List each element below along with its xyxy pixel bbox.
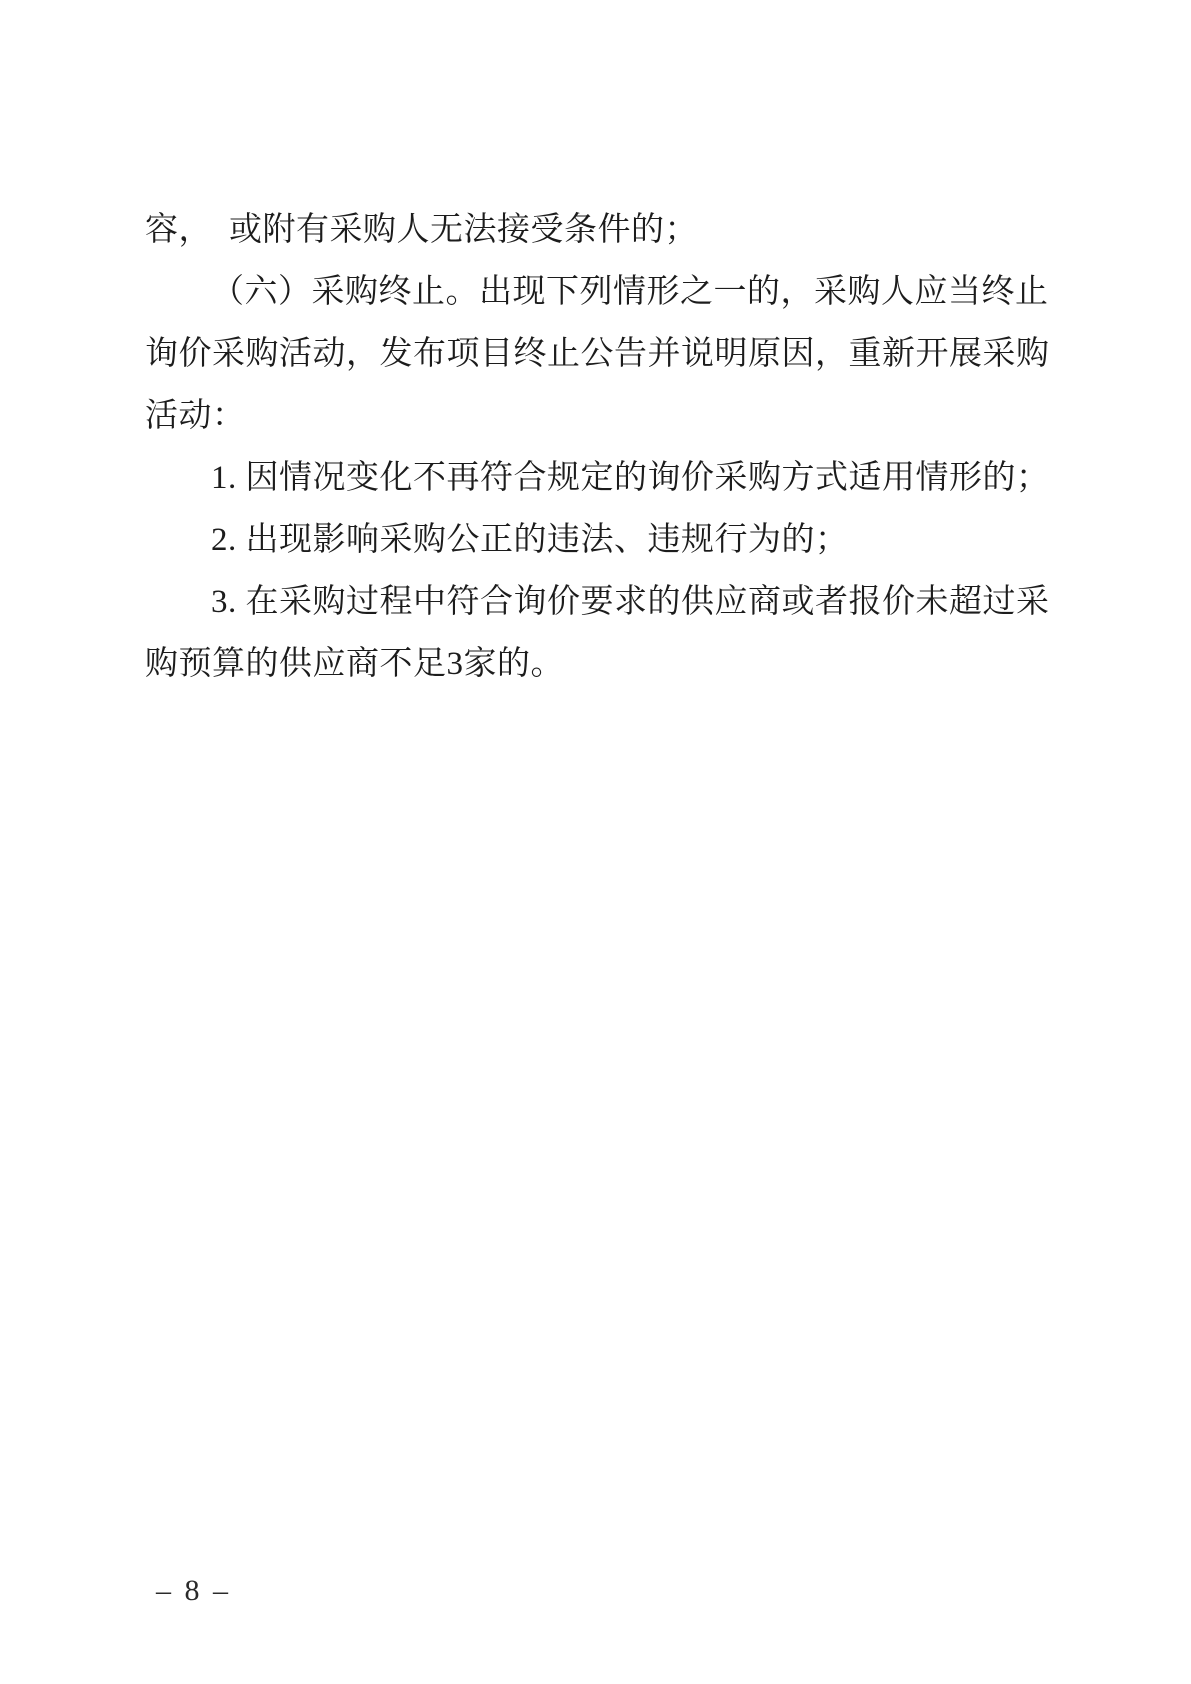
page-number: – 8 – [156, 1573, 231, 1609]
text-line: 活动： [145, 385, 1047, 447]
text-line: 购预算的供应商不足3家的。 [145, 633, 1047, 695]
text-line: 2. 出现影响采购公正的违法、违规行为的； [145, 509, 1047, 571]
body-text: 容， 或附有采购人无法接受条件的； （六）采购终止。出现下列情形之一的，采购人应… [145, 199, 1047, 695]
text-line: 3. 在采购过程中符合询价要求的供应商或者报价未超过采 [145, 571, 1047, 633]
text-line: 容， 或附有采购人无法接受条件的； [145, 199, 1047, 261]
document-page: 容， 或附有采购人无法接受条件的； （六）采购终止。出现下列情形之一的，采购人应… [0, 0, 1191, 1684]
text-line: 1. 因情况变化不再符合规定的询价采购方式适用情形的； [145, 447, 1047, 509]
text-line: （六）采购终止。出现下列情形之一的，采购人应当终止 [145, 261, 1047, 323]
text-line: 询价采购活动，发布项目终止公告并说明原因，重新开展采购 [145, 323, 1047, 385]
